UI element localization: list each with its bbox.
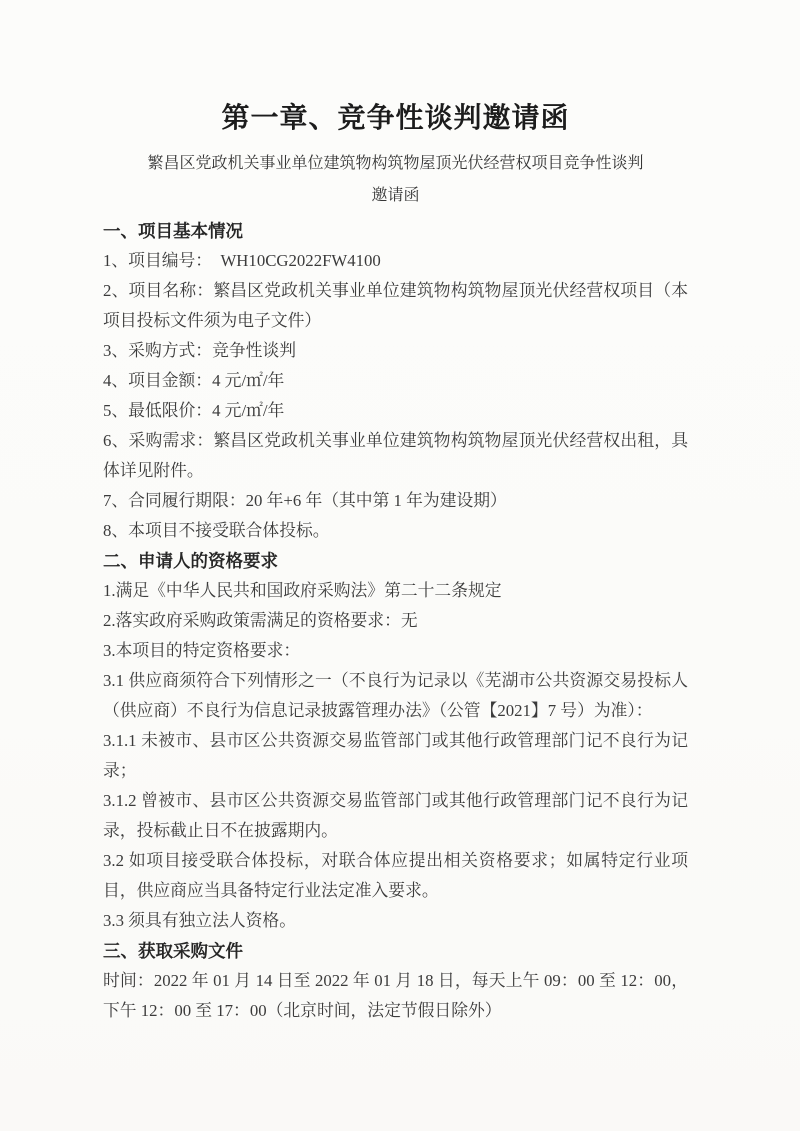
item-consortium-requirements: 3.2 如项目接受联合体投标，对联合体应提出相关资格要求；如属特定行业项目，供应… [103, 846, 688, 906]
section-project-basic-info: 一、项目基本情况 1、项目编号： WH10CG2022FW4100 2、项目名称… [103, 216, 688, 546]
section-applicant-qualifications: 二、申请人的资格要求 1.满足《中华人民共和国政府采购法》第二十二条规定 2.落… [103, 546, 688, 936]
item-policy-requirements: 2.落实政府采购政策需满足的资格要求：无 [103, 606, 688, 636]
item-contract-period: 7、合同履行期限：20 年+6 年（其中第 1 年为建设期） [103, 486, 688, 516]
item-document-time: 时间：2022 年 01 月 14 日至 2022 年 01 月 18 日，每天… [103, 966, 688, 1026]
document-subtitle: 繁昌区党政机关事业单位建筑物构筑物屋顶光伏经营权项目竞争性谈判邀请函 [143, 148, 648, 212]
item-supplier-conditions: 3.1 供应商须符合下列情形之一（不良行为记录以《芜湖市公共资源交易投标人（供应… [103, 666, 688, 726]
item-minimum-price: 5、最低限价：4 元/㎡/年 [103, 396, 688, 426]
section-heading-basic-info: 一、项目基本情况 [103, 216, 688, 246]
item-no-bad-record: 3.1.1 未被市、县市区公共资源交易监管部门或其他行政管理部门记不良行为记录； [103, 726, 688, 786]
item-specific-qualifications: 3.本项目的特定资格要求： [103, 636, 688, 666]
item-law-article-22: 1.满足《中华人民共和国政府采购法》第二十二条规定 [103, 576, 688, 606]
item-independent-legal-person: 3.3 须具有独立法人资格。 [103, 906, 688, 936]
document-page: 第一章、竞争性谈判邀请函 繁昌区党政机关事业单位建筑物构筑物屋顶光伏经营权项目竞… [0, 0, 800, 1131]
document-body: 一、项目基本情况 1、项目编号： WH10CG2022FW4100 2、项目名称… [103, 216, 688, 1026]
item-project-number: 1、项目编号： WH10CG2022FW4100 [103, 246, 688, 276]
item-no-consortium: 8、本项目不接受联合体投标。 [103, 516, 688, 546]
item-procurement-method: 3、采购方式：竞争性谈判 [103, 336, 688, 366]
section-heading-qualifications: 二、申请人的资格要求 [103, 546, 688, 576]
section-obtain-documents: 三、获取采购文件 时间：2022 年 01 月 14 日至 2022 年 01 … [103, 936, 688, 1026]
item-project-amount: 4、项目金额：4 元/㎡/年 [103, 366, 688, 396]
item-past-bad-record: 3.1.2 曾被市、县市区公共资源交易监管部门或其他行政管理部门记不良行为记录，… [103, 786, 688, 846]
section-heading-obtain-documents: 三、获取采购文件 [103, 936, 688, 966]
item-procurement-demand: 6、采购需求：繁昌区党政机关事业单位建筑物构筑物屋顶光伏经营权出租，具体详见附件… [103, 426, 688, 486]
chapter-title: 第一章、竞争性谈判邀请函 [103, 98, 688, 138]
item-project-name: 2、项目名称：繁昌区党政机关事业单位建筑物构筑物屋顶光伏经营权项目（本项目投标文… [103, 276, 688, 336]
